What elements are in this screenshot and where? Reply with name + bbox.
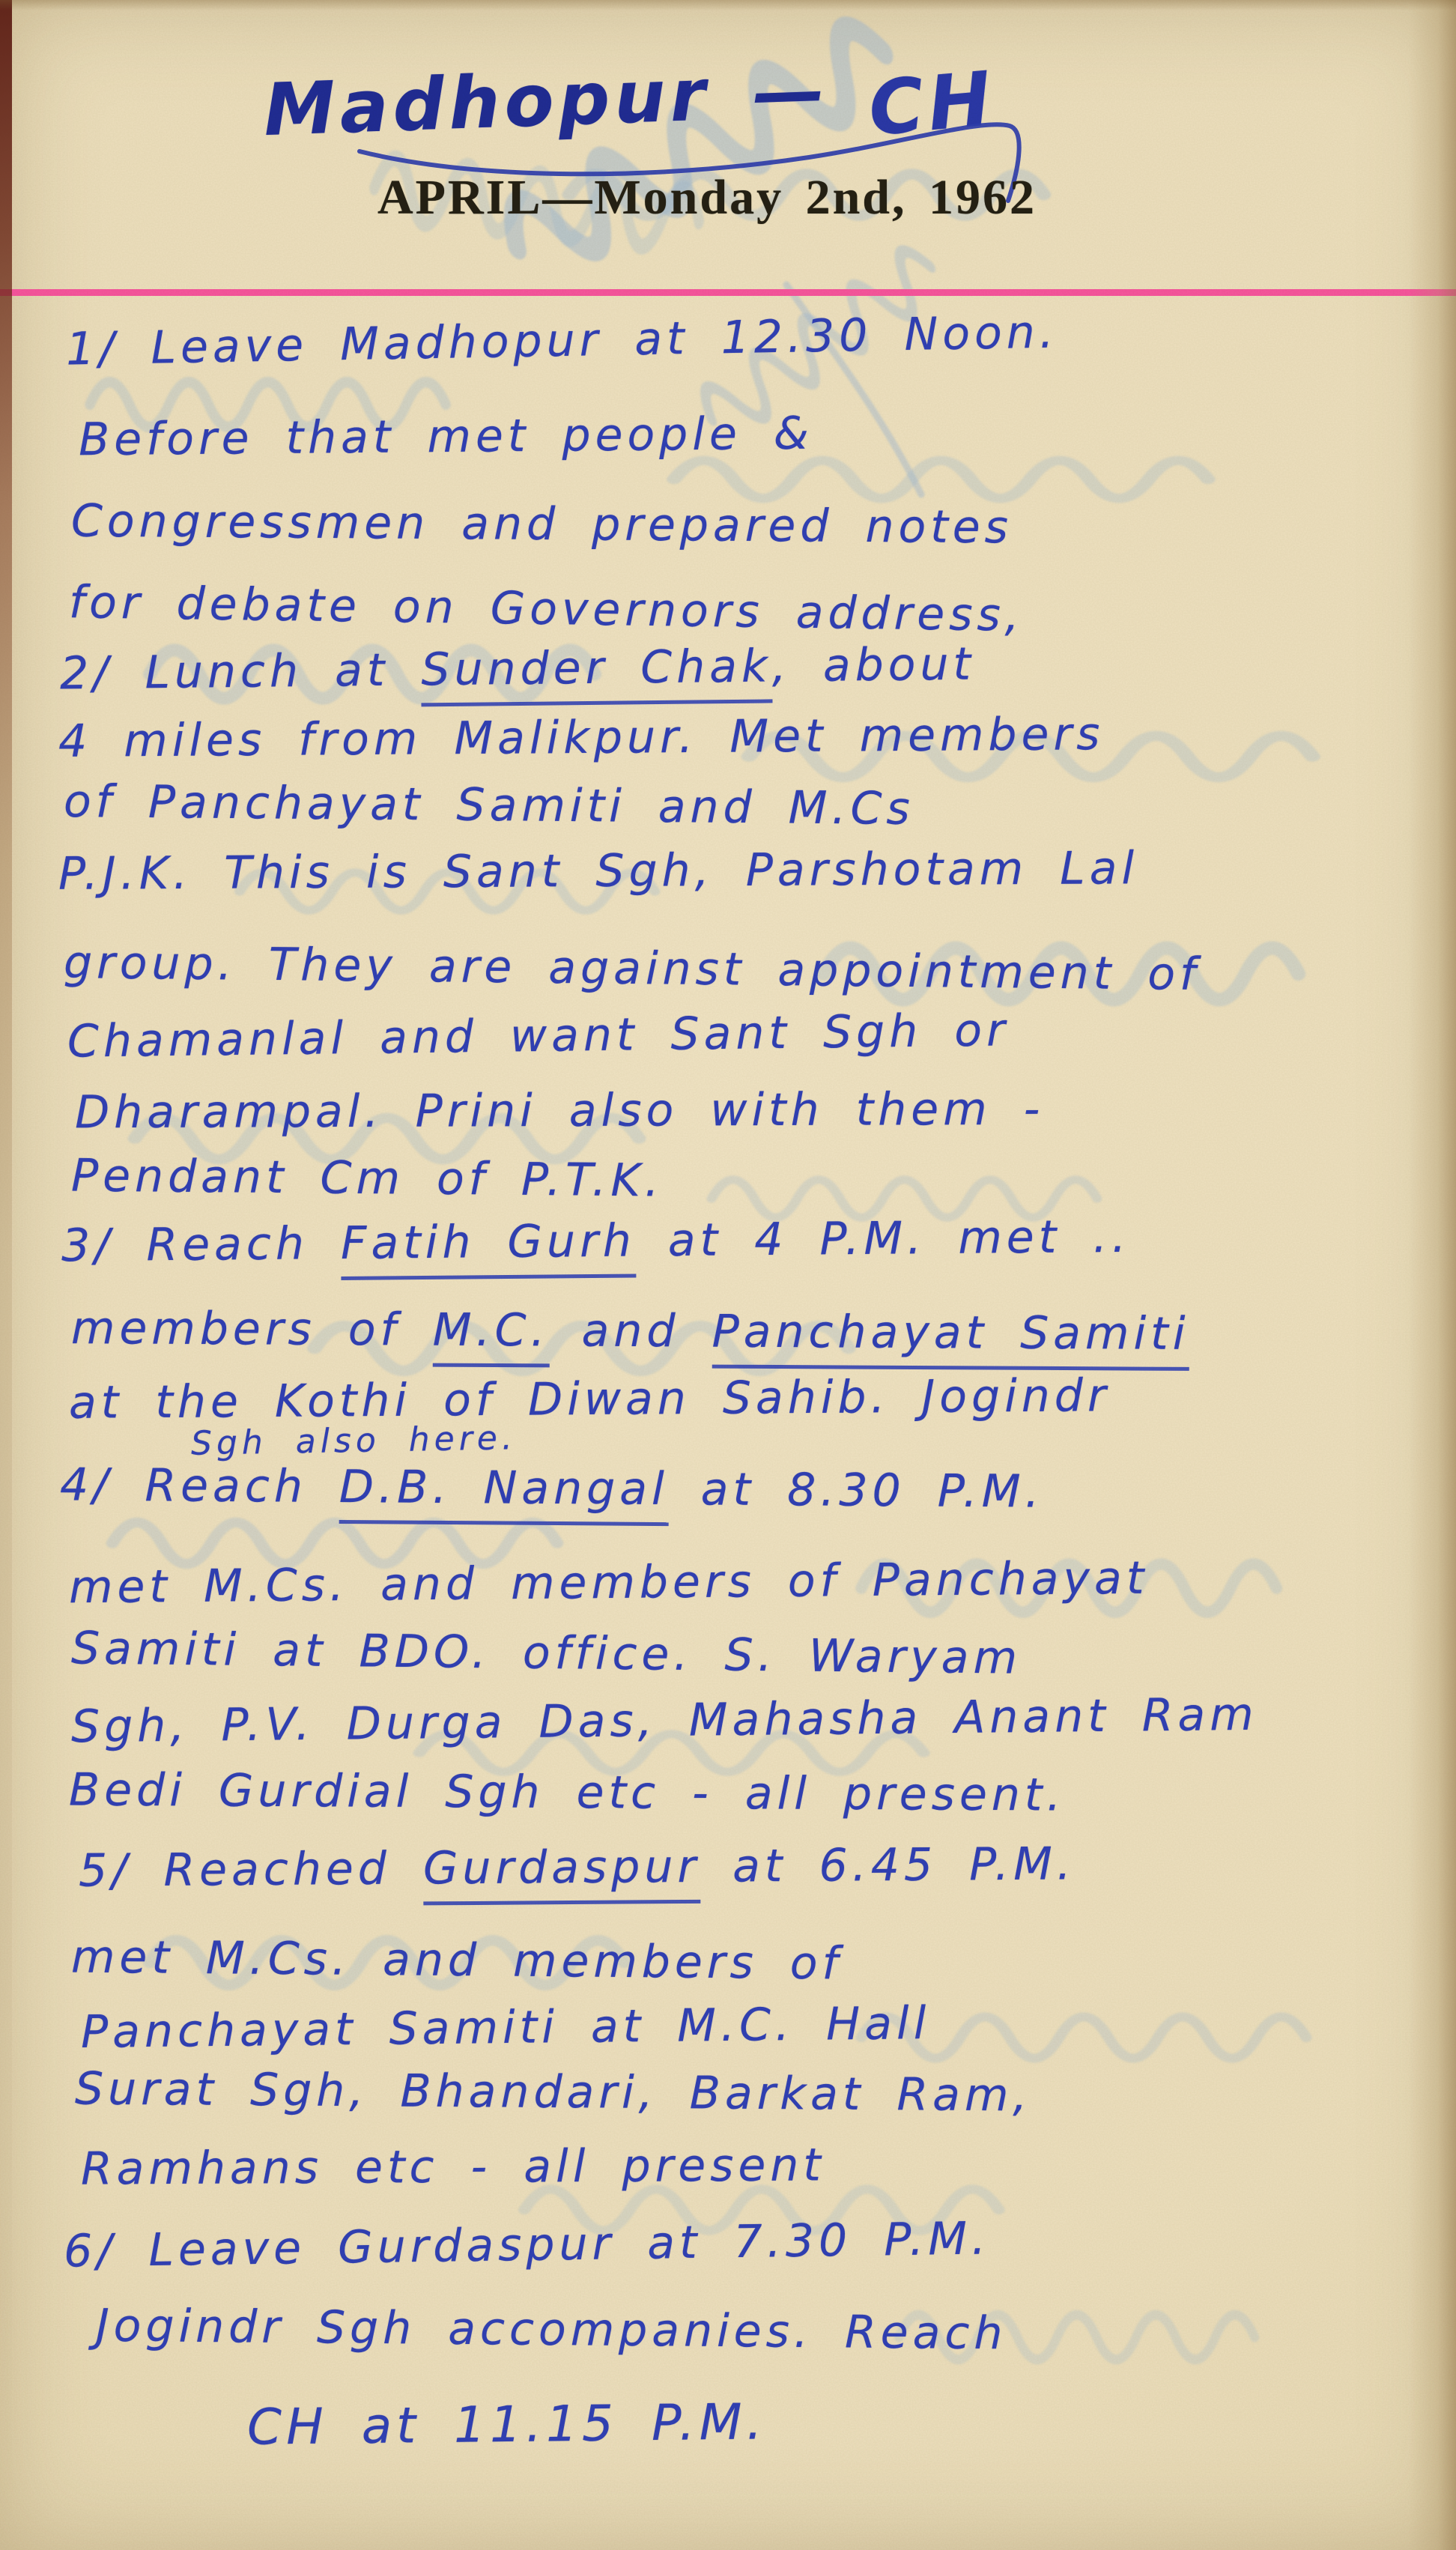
handwriting-line: 2/ Lunch at Sunder Chak, about [60, 638, 976, 700]
handwriting-segment: Panchayat Samiti at M.C. Hall [81, 1997, 931, 2059]
page-edge-top [0, 0, 1456, 10]
handwriting-segment: Before that met people & [79, 408, 813, 467]
handwriting-segment: Ramhans etc - all present [81, 2139, 825, 2195]
handwriting-segment: Sgh, P.V. Durga Das, Mahasha Anant Ram [71, 1689, 1258, 1754]
handwriting-line: of Panchayat Samiti and M.Cs [64, 775, 914, 835]
handwriting-segment: 3/ Reach [61, 1217, 342, 1272]
handwriting-underlined-segment: Sunder Chak [421, 640, 772, 706]
handwriting-line: members of M.C. and Panchayat Samiti [71, 1302, 1190, 1360]
handwriting-line: met M.Cs. and members of Panchayat [69, 1552, 1149, 1614]
handwriting-segment: of Panchayat Samiti and M.Cs [64, 775, 914, 835]
handwriting-segment: 4/ Reach [60, 1459, 339, 1513]
handwriting-segment: 5/ Reached [79, 1842, 423, 1897]
handwriting-segment: members of [71, 1302, 433, 1357]
handwriting-line: Sgh also here. [191, 1419, 518, 1463]
page-edge-right [1408, 0, 1456, 2550]
handwriting-line: 4/ Reach D.B. Nangal at 8.30 P.M. [60, 1459, 1044, 1518]
handwriting-segment: met M.Cs. and members of Panchayat [69, 1552, 1149, 1614]
handwriting-segment: Sgh also here. [191, 1419, 518, 1463]
handwriting-underlined-segment: M.C. [432, 1304, 549, 1368]
handwriting-segment: Surat Sgh, Bhandari, Barkat Ram, [75, 2063, 1032, 2122]
handwriting-line: Dharampal. Prini also with them - [75, 1083, 1045, 1139]
diary-page: Madhopur — CH APRIL—Monday 2nd, 1962 1/ … [0, 0, 1456, 2550]
handwriting-segment: 2/ Lunch at [60, 643, 422, 700]
handwriting-line: P.J.K. This is Sant Sgh, Parshotam Lal [58, 842, 1138, 900]
handwriting-segment: 6/ Leave Gurdaspur at 7.30 P.M. [64, 2212, 991, 2277]
handwriting-line: Pendant Cm of P.T.K. [71, 1150, 664, 1208]
handwriting-segment: Samiti at BDO. office. S. Waryam [71, 1622, 1022, 1684]
handwriting-line: Surat Sgh, Bhandari, Barkat Ram, [75, 2063, 1032, 2122]
handwriting-segment: Bedi Gurdial Sgh etc - all present. [69, 1764, 1066, 1822]
handwriting-line: 1/ Leave Madhopur at 12.30 Noon. [65, 306, 1058, 375]
handwriting-underlined-segment: Panchayat Samiti [712, 1306, 1189, 1371]
handwriting-segment: for debate on Governors address, [69, 576, 1025, 642]
handwriting-line: Chamanlal and want Sant Sgh or [67, 1004, 1010, 1067]
handwriting-line: Panchayat Samiti at M.C. Hall [81, 1997, 931, 2059]
handwriting-line: CH at 11.15 P.M. [247, 2393, 767, 2456]
handwriting-line: Ramhans etc - all present [81, 2139, 825, 2195]
handwriting-underlined-segment: D.B. Nangal [339, 1461, 669, 1526]
handwriting-line: Samiti at BDO. office. S. Waryam [71, 1622, 1022, 1684]
handwritten-initials: CH [865, 55, 999, 153]
handwriting-line: 5/ Reached Gurdaspur at 6.45 P.M. [79, 1838, 1076, 1897]
handwriting-line: 3/ Reach Fatih Gurh at 4 P.M. met .. [61, 1211, 1131, 1272]
handwriting-line: Congressmen and prepared notes [71, 495, 1013, 554]
handwriting-line: group. They are against appointment of [64, 936, 1201, 1001]
handwriting-segment: Congressmen and prepared notes [71, 495, 1013, 554]
handwriting-line: for debate on Governors address, [69, 576, 1025, 642]
handwriting-segment: 4 miles from Malikpur. Met members [58, 708, 1105, 768]
heading-underline-flourish [0, 0, 1456, 300]
handwriting-segment: Chamanlal and want Sant Sgh or [67, 1004, 1010, 1067]
handwriting-line: Sgh, P.V. Durga Das, Mahasha Anant Ram [71, 1689, 1258, 1754]
handwriting-segment: 1/ Leave Madhopur at 12.30 Noon. [65, 306, 1058, 375]
handwriting-line: Jogindr Sgh accompanies. Reach [96, 2300, 1007, 2360]
handwriting-segment: met M.Cs. and members of [71, 1931, 843, 1990]
handwriting-segment: Jogindr Sgh accompanies. Reach [96, 2300, 1007, 2360]
printed-date: APRIL—Monday 2nd, 1962 [0, 169, 1435, 226]
handwriting-segment: Pendant Cm of P.T.K. [71, 1150, 664, 1208]
handwriting-segment: CH at 11.15 P.M. [247, 2393, 767, 2456]
handwriting-underlined-segment: Fatih Gurh [341, 1215, 637, 1280]
handwriting-segment: , about [771, 638, 975, 693]
handwriting-segment: at 4 P.M. met .. [635, 1211, 1130, 1268]
handwriting-line: 6/ Leave Gurdaspur at 7.30 P.M. [64, 2212, 991, 2277]
margin-rule-line [0, 289, 1456, 296]
handwriting-line: 4 miles from Malikpur. Met members [58, 708, 1105, 768]
handwriting-segment: at the Kothi of Diwan Sahib. Jogindr [69, 1369, 1111, 1429]
handwriting-segment: and [549, 1304, 712, 1357]
handwriting-line: Bedi Gurdial Sgh etc - all present. [69, 1764, 1066, 1822]
page-edge-left [0, 0, 12, 2550]
handwriting-segment: group. They are against appointment of [64, 936, 1201, 1001]
handwriting-line: met M.Cs. and members of [71, 1931, 843, 1990]
handwriting-segment: at 8.30 P.M. [668, 1463, 1043, 1518]
handwriting-segment: at 6.45 P.M. [700, 1838, 1076, 1892]
handwriting-underlined-segment: Gurdaspur [423, 1841, 701, 1906]
handwritten-place: Madhopur — [262, 49, 831, 152]
handwriting-line: Before that met people & [79, 408, 813, 467]
handwriting-segment: Dharampal. Prini also with them - [75, 1083, 1045, 1139]
handwriting-line: at the Kothi of Diwan Sahib. Jogindr [69, 1369, 1111, 1429]
handwriting-segment: P.J.K. This is Sant Sgh, Parshotam Lal [58, 842, 1138, 900]
